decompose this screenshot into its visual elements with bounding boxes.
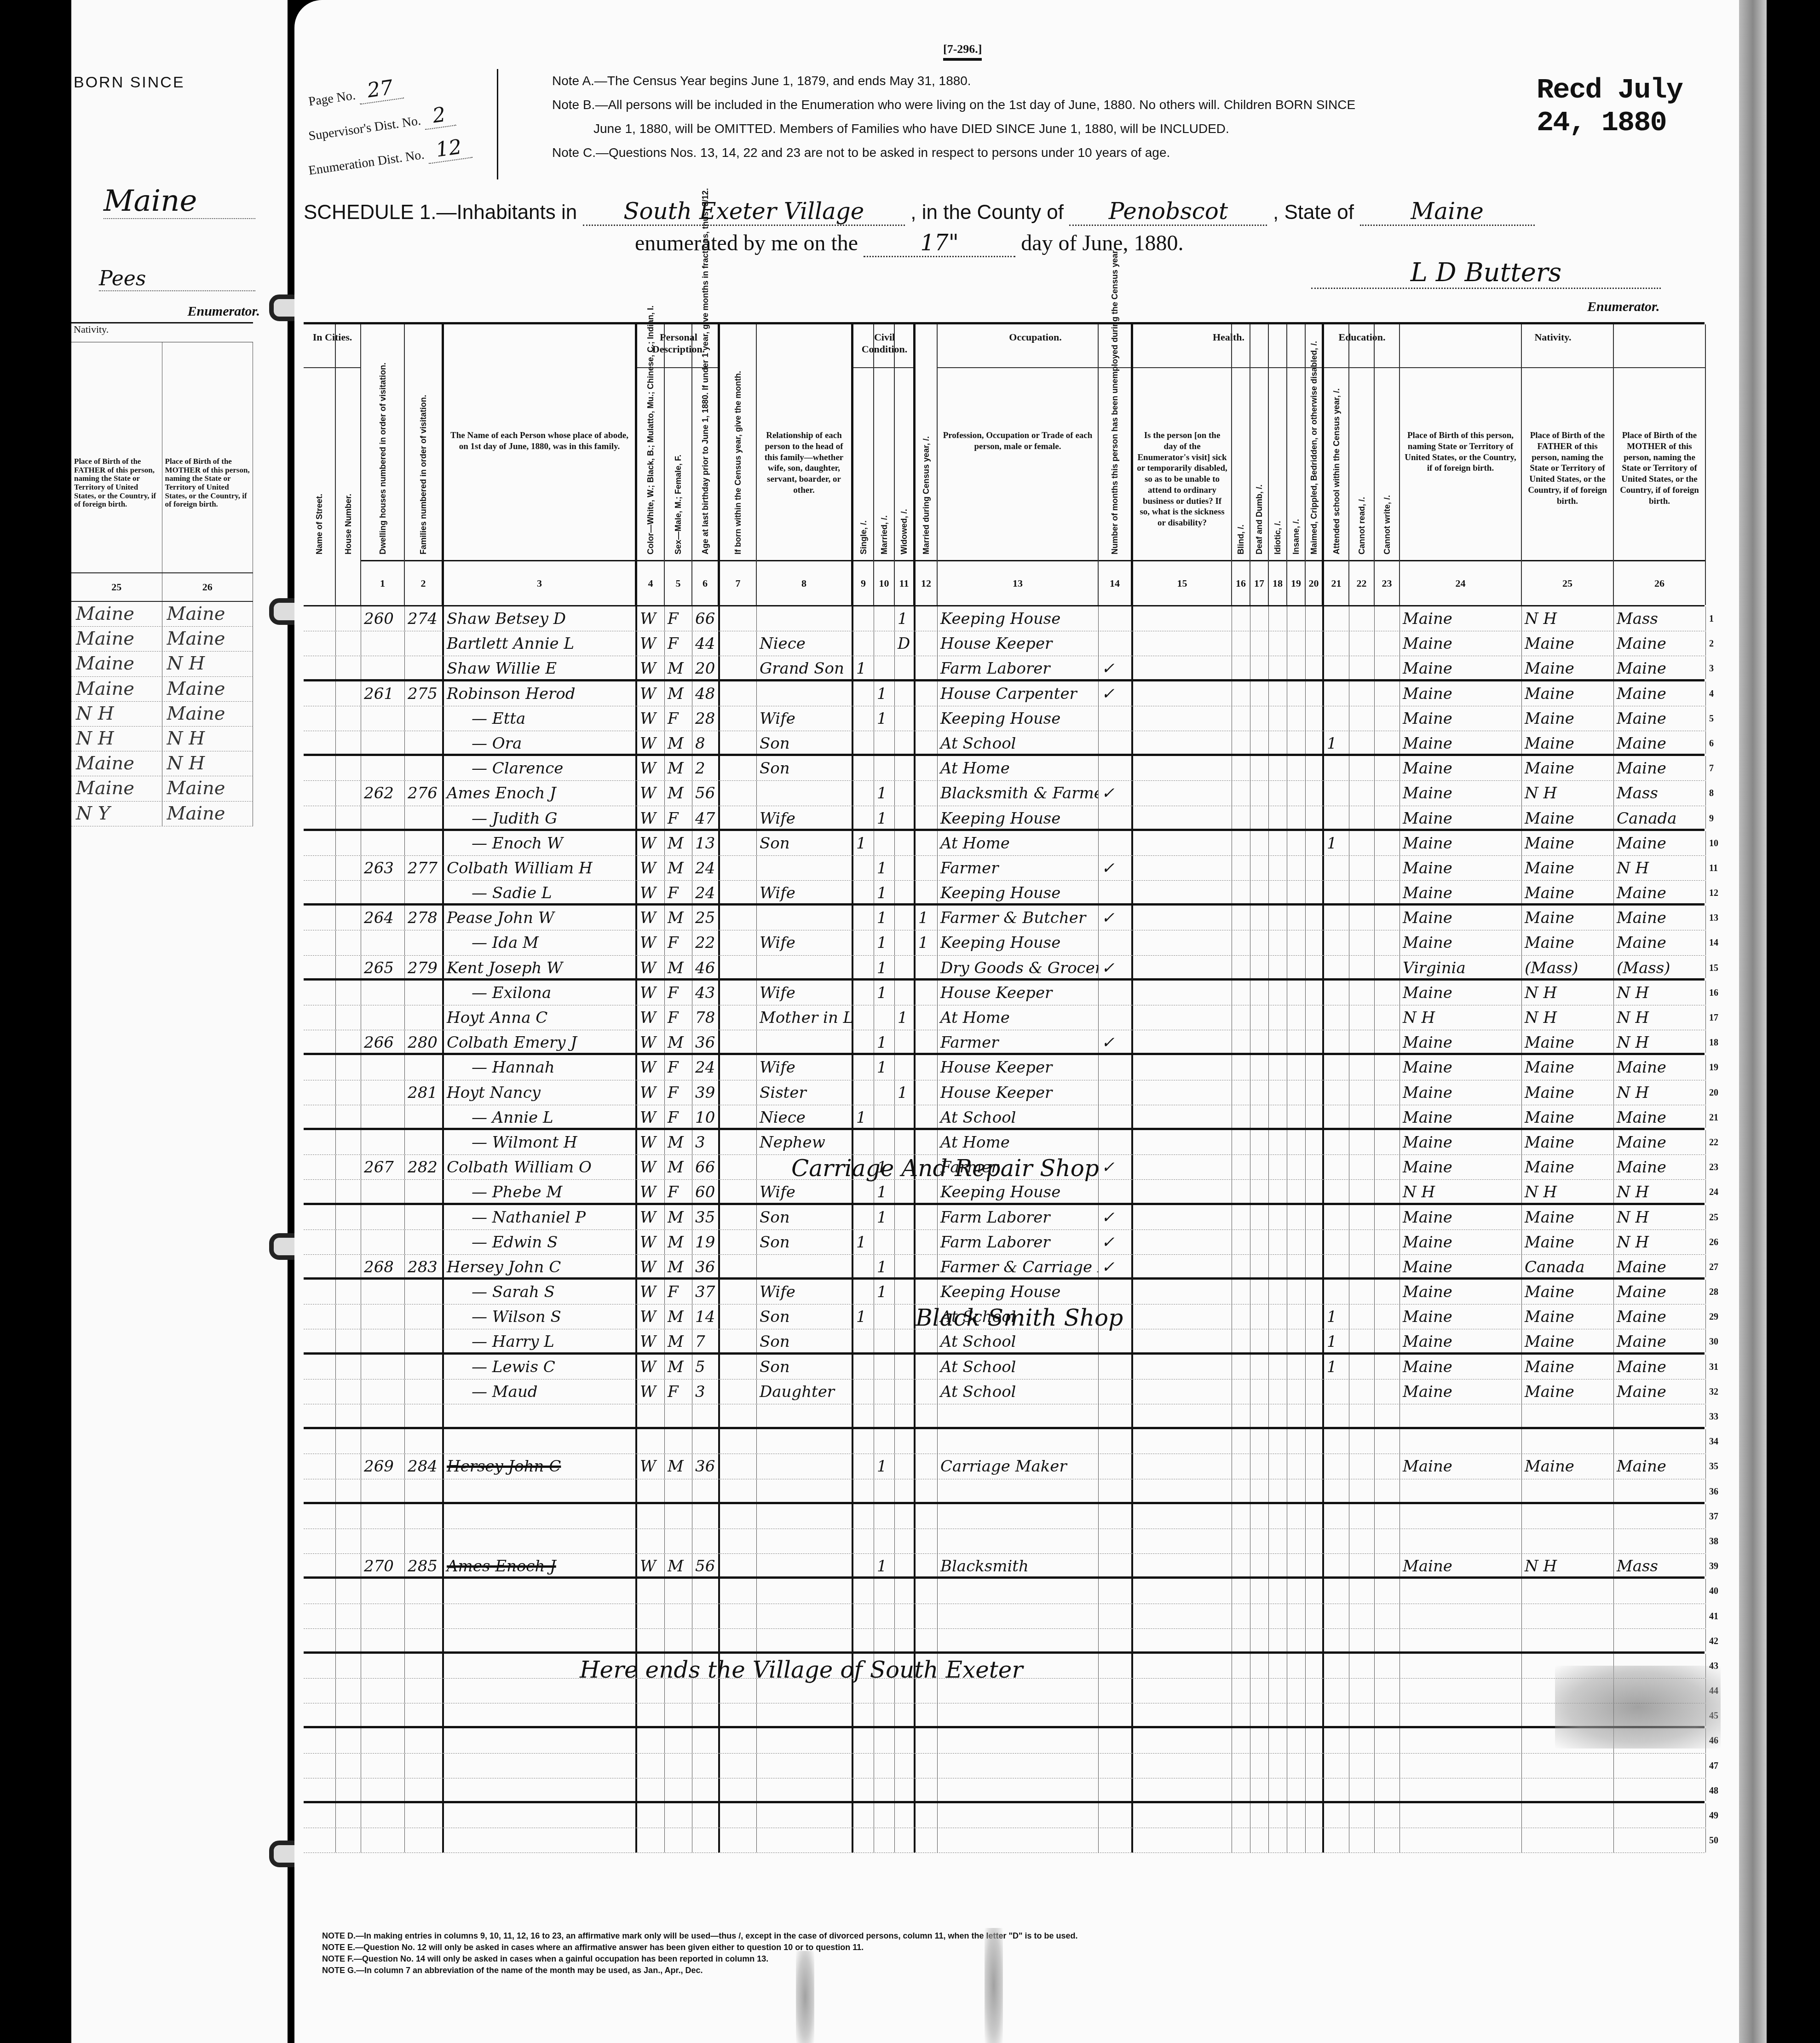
cell-occ: Farmer xyxy=(938,856,1099,880)
note-f: NOTE F.—Question No. 14 will only be ask… xyxy=(322,1953,1078,1965)
table-row: 49 xyxy=(304,1803,1705,1828)
cell-name xyxy=(444,1579,637,1603)
left-cell: N H xyxy=(162,751,253,776)
cell-school xyxy=(1324,1155,1349,1179)
cell-read xyxy=(1349,1579,1375,1603)
cell-unemp: ✓ xyxy=(1099,856,1133,880)
cell-idiotic xyxy=(1269,906,1287,930)
cell-unemp xyxy=(1099,631,1133,656)
table-row: — Sadie LWF24Wife1Keeping HouseMaineMain… xyxy=(304,881,1705,906)
cell-rel: Son xyxy=(757,1205,853,1229)
cell-school xyxy=(1324,1604,1349,1628)
cell-write xyxy=(1375,1754,1400,1778)
cell-write xyxy=(1375,1230,1400,1254)
cell-mpob: N H xyxy=(1614,1230,1706,1254)
cell-dw xyxy=(361,1828,405,1853)
cell-idiotic xyxy=(1269,1754,1287,1778)
cell-name: — Nathaniel P xyxy=(444,1205,637,1229)
cell-sex xyxy=(665,1429,692,1454)
cell-pob xyxy=(1400,1754,1522,1778)
cell-maimed xyxy=(1306,1728,1324,1753)
cell-read xyxy=(1349,1703,1375,1726)
table-row: — Phebe MWF60Wife1Keeping HouseN HN HN H… xyxy=(304,1180,1705,1205)
cell-street xyxy=(304,1429,336,1454)
cell-rel xyxy=(757,1803,853,1828)
cell-rel xyxy=(757,1629,853,1651)
cell-fpob: Maine xyxy=(1522,681,1614,706)
cell-blind xyxy=(1232,756,1250,780)
cell-widowed xyxy=(895,1754,916,1778)
cell-read xyxy=(1349,656,1375,679)
cell-fpob: Maine xyxy=(1522,1105,1614,1128)
cell-single xyxy=(853,1280,874,1304)
cell-maimed xyxy=(1306,1280,1324,1304)
cell-fam xyxy=(405,1180,444,1202)
cell-rel xyxy=(757,606,853,631)
cell-deaf xyxy=(1250,1429,1269,1454)
cell-school xyxy=(1324,1230,1349,1254)
cell-street xyxy=(304,706,336,731)
cell-deaf xyxy=(1250,1679,1269,1703)
cell-sex: F xyxy=(665,1180,692,1202)
cell-single xyxy=(853,631,874,656)
cell-blind xyxy=(1232,881,1250,903)
cell-write xyxy=(1375,1679,1400,1703)
cell-read xyxy=(1349,1429,1375,1454)
cell-born xyxy=(720,1504,757,1529)
cell-deaf xyxy=(1250,1703,1269,1726)
cell-deaf xyxy=(1250,1828,1269,1853)
cell-read xyxy=(1349,956,1375,978)
cell-pob: Maine xyxy=(1400,1230,1522,1254)
cell-born xyxy=(720,1754,757,1778)
cell-deaf xyxy=(1250,1404,1269,1427)
cell-fam xyxy=(405,1629,444,1651)
cell-married_year: 1 xyxy=(916,906,938,930)
cell-insane xyxy=(1287,1754,1306,1778)
cell-blind xyxy=(1232,1828,1250,1853)
blacksmith-shop-annotation: Black Smith Shop xyxy=(916,1304,1123,1331)
header-label: Color—White, W.; Black, B.; Mulatto, Mu.… xyxy=(646,306,656,554)
cell-maimed xyxy=(1306,1304,1324,1329)
cell-house xyxy=(336,1604,361,1628)
cell-house xyxy=(336,1803,361,1828)
header-col-school: Attended school within the Census year, … xyxy=(1324,324,1349,605)
cell-sick xyxy=(1133,656,1232,679)
cell-born xyxy=(720,1180,757,1202)
cell-widowed xyxy=(895,881,916,903)
cell-fpob: Maine xyxy=(1522,881,1614,903)
column-number: 23 xyxy=(1375,560,1399,605)
cell-blind xyxy=(1232,1329,1250,1352)
cell-house xyxy=(336,956,361,978)
cell-widowed xyxy=(895,1429,916,1454)
cell-fam xyxy=(405,1579,444,1603)
cell-married_year xyxy=(916,1754,938,1778)
cell-mpob: Maine xyxy=(1614,1130,1706,1154)
cell-color: W xyxy=(637,1180,665,1202)
cell-fam xyxy=(405,1005,444,1030)
cell-deaf xyxy=(1250,1579,1269,1603)
cell-pob: Maine xyxy=(1400,856,1522,880)
left-nativity-label: Nativity. xyxy=(71,323,253,342)
cell-insane xyxy=(1287,1055,1306,1079)
cell-sick xyxy=(1133,1754,1232,1778)
cell-house xyxy=(336,1304,361,1329)
cell-unemp xyxy=(1099,731,1133,754)
cell-pob: Maine xyxy=(1400,906,1522,930)
left-rows: MaineMaineMaineMaineMaineN HMaineMaineN … xyxy=(71,602,253,826)
header-col-fpob: Place of Birth of the FATHER of this per… xyxy=(1522,324,1614,605)
cell-house xyxy=(336,631,361,656)
cell-idiotic xyxy=(1269,1629,1287,1651)
cell-sex: F xyxy=(665,1005,692,1030)
cell-pob: Maine xyxy=(1400,1155,1522,1179)
cell-married: 1 xyxy=(874,930,895,955)
cell-occ: At Home xyxy=(938,1005,1099,1030)
cell-school: 1 xyxy=(1324,1304,1349,1329)
cell-occ xyxy=(938,1778,1099,1801)
cell-maimed xyxy=(1306,606,1324,631)
cell-idiotic xyxy=(1269,806,1287,829)
cell-unemp: ✓ xyxy=(1099,906,1133,930)
cell-color xyxy=(637,1529,665,1553)
cell-married xyxy=(874,1828,895,1853)
cell-single xyxy=(853,1355,874,1379)
cell-name: — Wilson S xyxy=(444,1304,637,1329)
cell-read xyxy=(1349,981,1375,1005)
cell-rel: Son xyxy=(757,731,853,754)
cell-name xyxy=(444,1529,637,1553)
cell-widowed: 1 xyxy=(895,1005,916,1030)
cell-married_year xyxy=(916,1355,938,1379)
cell-rel xyxy=(757,1554,853,1576)
cell-rel xyxy=(757,856,853,880)
cell-sick xyxy=(1133,930,1232,955)
cell-street xyxy=(304,1230,336,1254)
cell-idiotic xyxy=(1269,1579,1287,1603)
cell-single xyxy=(853,1803,874,1828)
cell-occ: Keeping House xyxy=(938,806,1099,829)
cell-occ xyxy=(938,1754,1099,1778)
cell-write xyxy=(1375,1130,1400,1154)
cell-blind xyxy=(1232,956,1250,978)
cell-school xyxy=(1324,781,1349,805)
cell-married_year xyxy=(916,1255,938,1277)
cell-house xyxy=(336,1778,361,1801)
cell-sex: F xyxy=(665,930,692,955)
cell-rel: Wife xyxy=(757,806,853,829)
cell-maimed xyxy=(1306,1629,1324,1651)
cell-idiotic xyxy=(1269,1803,1287,1828)
cell-write xyxy=(1375,1554,1400,1576)
table-row: — Nathaniel PWM35Son1Farm Laborer✓MaineM… xyxy=(304,1205,1705,1230)
cell-idiotic xyxy=(1269,1130,1287,1154)
cell-dw xyxy=(361,1604,405,1628)
cell-pob: Maine xyxy=(1400,1105,1522,1128)
page-no-value: 27 xyxy=(357,75,403,105)
cell-married_year xyxy=(916,1604,938,1628)
cell-dw xyxy=(361,1778,405,1801)
column-number: 19 xyxy=(1287,560,1305,605)
cell-married_year xyxy=(916,706,938,731)
cell-married_year xyxy=(916,1030,938,1053)
left-cell: N H xyxy=(71,727,162,751)
column-number: 8 xyxy=(757,560,851,605)
cell-rel xyxy=(757,1579,853,1603)
cell-fpob: Maine xyxy=(1522,1379,1614,1404)
cell-occ: House Carpenter xyxy=(938,681,1099,706)
cell-widowed: 1 xyxy=(895,606,916,631)
table-row: 270285Ames Enoch JWM561BlacksmithMaineN … xyxy=(304,1554,1705,1579)
cell-sick xyxy=(1133,1679,1232,1703)
cell-fpob: Maine xyxy=(1522,806,1614,829)
cell-write xyxy=(1375,1778,1400,1801)
cell-born xyxy=(720,1030,757,1053)
cell-occ: Carriage Maker xyxy=(938,1454,1099,1478)
header-label: Married during Census year, /. xyxy=(922,436,931,554)
row-number: 16 xyxy=(1709,981,1718,1005)
cell-widowed xyxy=(895,856,916,880)
cell-blind xyxy=(1232,1155,1250,1179)
cell-insane xyxy=(1287,831,1306,855)
cell-sex: F xyxy=(665,1105,692,1128)
cell-maimed xyxy=(1306,781,1324,805)
cell-idiotic xyxy=(1269,1778,1287,1801)
cell-rel: Wife xyxy=(757,881,853,903)
cell-maimed xyxy=(1306,1180,1324,1202)
cell-deaf xyxy=(1250,1454,1269,1478)
cell-read xyxy=(1349,606,1375,631)
cell-deaf xyxy=(1250,1255,1269,1277)
header-col-street: Name of Street. xyxy=(304,324,336,605)
cell-age: 46 xyxy=(692,956,720,978)
row-number: 33 xyxy=(1709,1404,1718,1429)
cell-blind xyxy=(1232,1754,1250,1778)
cell-single xyxy=(853,1379,874,1404)
cell-sex: M xyxy=(665,681,692,706)
cell-sick xyxy=(1133,1529,1232,1553)
left-cell: Maine xyxy=(162,702,253,726)
cell-fpob: Maine xyxy=(1522,1030,1614,1053)
table-row: Bartlett Annie LWF44NieceDHouse KeeperMa… xyxy=(304,631,1705,656)
cell-idiotic xyxy=(1269,1454,1287,1478)
cell-maimed xyxy=(1306,706,1324,731)
cell-widowed: 1 xyxy=(895,1080,916,1105)
cell-school xyxy=(1324,1754,1349,1778)
cell-sex xyxy=(665,1828,692,1853)
cell-pob: Maine xyxy=(1400,1130,1522,1154)
end-of-village-annotation: Here ends the Village of South Exeter xyxy=(580,1656,1023,1683)
cell-name xyxy=(444,1629,637,1651)
cell-maimed xyxy=(1306,1703,1324,1726)
column-number: 24 xyxy=(1400,560,1521,605)
row-number: 40 xyxy=(1709,1579,1718,1604)
cell-house xyxy=(336,1554,361,1576)
cell-deaf xyxy=(1250,981,1269,1005)
left-cell: Maine xyxy=(162,802,253,826)
cell-deaf xyxy=(1250,1205,1269,1229)
cell-name: Colbath William O xyxy=(444,1155,637,1179)
cell-idiotic xyxy=(1269,1828,1287,1853)
cell-widowed xyxy=(895,1454,916,1478)
cell-married: 1 xyxy=(874,1180,895,1202)
cell-born xyxy=(720,1230,757,1254)
cell-sick xyxy=(1133,1304,1232,1329)
cell-street xyxy=(304,631,336,656)
table-row: 260274Shaw Betsey DWF661Keeping HouseMai… xyxy=(304,606,1705,631)
cell-idiotic xyxy=(1269,1030,1287,1053)
left-enumerator-value: Pees xyxy=(99,267,255,291)
cell-maimed xyxy=(1306,1155,1324,1179)
cell-write xyxy=(1375,1604,1400,1628)
cell-dw xyxy=(361,1055,405,1079)
cell-age: 37 xyxy=(692,1280,720,1304)
cell-name: — Exilona xyxy=(444,981,637,1005)
cell-fpob xyxy=(1522,1828,1614,1853)
cell-name: Colbath William H xyxy=(444,856,637,880)
cell-mpob: Maine xyxy=(1614,1329,1706,1352)
cell-age xyxy=(692,1703,720,1726)
cell-read xyxy=(1349,781,1375,805)
cell-blind xyxy=(1232,1404,1250,1427)
cell-fpob xyxy=(1522,1629,1614,1651)
cell-married: 1 xyxy=(874,1055,895,1079)
cell-unemp xyxy=(1099,706,1133,731)
cell-sex: F xyxy=(665,981,692,1005)
cell-pob: Maine xyxy=(1400,1055,1522,1079)
cell-street xyxy=(304,606,336,631)
cell-pob: Maine xyxy=(1400,881,1522,903)
cell-sick xyxy=(1133,1130,1232,1154)
cell-deaf xyxy=(1250,1030,1269,1053)
cell-sick xyxy=(1133,1080,1232,1105)
cell-mpob xyxy=(1614,1629,1706,1651)
cell-street xyxy=(304,1180,336,1202)
cell-born xyxy=(720,731,757,754)
cell-sex: F xyxy=(665,706,692,731)
cell-color: W xyxy=(637,1280,665,1304)
cell-street xyxy=(304,1803,336,1828)
cell-fpob xyxy=(1522,1479,1614,1502)
cell-insane xyxy=(1287,1155,1306,1179)
cell-deaf xyxy=(1250,1130,1269,1154)
cell-mpob: Maine xyxy=(1614,1280,1706,1304)
cell-occ: House Keeper xyxy=(938,1080,1099,1105)
cell-blind xyxy=(1232,1554,1250,1576)
cell-school xyxy=(1324,706,1349,731)
column-number: 5 xyxy=(665,560,691,605)
cell-rel xyxy=(757,1504,853,1529)
cell-school: 1 xyxy=(1324,1329,1349,1352)
cell-insane xyxy=(1287,1355,1306,1379)
cell-unemp xyxy=(1099,1679,1133,1703)
column-number: 14 xyxy=(1099,560,1131,605)
header-label: Families numbered in order of visitation… xyxy=(419,395,428,554)
table-row: Shaw Willie EWM20Grand Son1Farm Laborer✓… xyxy=(304,656,1705,681)
cell-name: Ames Enoch J xyxy=(444,781,637,805)
cell-sick xyxy=(1133,1803,1232,1828)
cell-school xyxy=(1324,1005,1349,1030)
cell-occ: At Home xyxy=(938,831,1099,855)
cell-school xyxy=(1324,1205,1349,1229)
cell-single: 1 xyxy=(853,1105,874,1128)
cell-mpob xyxy=(1614,1778,1706,1801)
cell-married_year xyxy=(916,1205,938,1229)
left-cell: Maine xyxy=(162,602,253,626)
cell-name: — Lewis C xyxy=(444,1355,637,1379)
cell-idiotic xyxy=(1269,731,1287,754)
cell-sick xyxy=(1133,1205,1232,1229)
row-number: 42 xyxy=(1709,1629,1718,1654)
cell-pob: Maine xyxy=(1400,756,1522,780)
cell-read xyxy=(1349,1030,1375,1053)
cell-blind xyxy=(1232,731,1250,754)
cell-sick xyxy=(1133,906,1232,930)
cell-sick xyxy=(1133,1255,1232,1277)
cell-married xyxy=(874,1504,895,1529)
cell-occ xyxy=(938,1629,1099,1651)
cell-school xyxy=(1324,1479,1349,1502)
cell-fam xyxy=(405,930,444,955)
cell-age xyxy=(692,1828,720,1853)
cell-read xyxy=(1349,1654,1375,1678)
cell-read xyxy=(1349,1329,1375,1352)
cell-idiotic xyxy=(1269,656,1287,679)
cell-idiotic xyxy=(1269,631,1287,656)
cell-street xyxy=(304,1479,336,1502)
row-number: 25 xyxy=(1709,1205,1718,1230)
cell-read xyxy=(1349,1155,1375,1179)
left-table-row: N HMaine xyxy=(71,702,253,727)
row-number: 29 xyxy=(1709,1304,1718,1329)
cell-married: 1 xyxy=(874,1030,895,1053)
cell-sick xyxy=(1133,806,1232,829)
cell-pob xyxy=(1400,1703,1522,1726)
table-row: 266280Colbath Emery JWM361Farmer✓MaineMa… xyxy=(304,1030,1705,1055)
cell-insane xyxy=(1287,1654,1306,1678)
cell-sex xyxy=(665,1529,692,1553)
cell-sick xyxy=(1133,1230,1232,1254)
cell-occ: At School xyxy=(938,731,1099,754)
cell-rel xyxy=(757,1529,853,1553)
cell-write xyxy=(1375,681,1400,706)
cell-dw xyxy=(361,731,405,754)
cell-blind xyxy=(1232,1379,1250,1404)
cell-rel xyxy=(757,1030,853,1053)
form-notes: Note A.—The Census Year begins June 1, 1… xyxy=(552,69,1355,165)
cell-fam: 275 xyxy=(405,681,444,706)
cell-maimed xyxy=(1306,1055,1324,1079)
cell-deaf xyxy=(1250,1629,1269,1651)
cell-maimed xyxy=(1306,1654,1324,1678)
cell-sick xyxy=(1133,1479,1232,1502)
cell-unemp xyxy=(1099,756,1133,780)
cell-house xyxy=(336,1055,361,1079)
cell-married_year xyxy=(916,856,938,880)
cell-pob xyxy=(1400,1429,1522,1454)
cell-blind xyxy=(1232,981,1250,1005)
cell-married_year xyxy=(916,631,938,656)
cell-sex: M xyxy=(665,856,692,880)
cell-fam xyxy=(405,1230,444,1254)
cell-sex xyxy=(665,1579,692,1603)
table-row: — HannahWF24Wife1House KeeperMaineMaineM… xyxy=(304,1055,1705,1080)
header-col-write: Cannot write, /.23 xyxy=(1375,324,1400,605)
cell-color: W xyxy=(637,806,665,829)
cell-color xyxy=(637,1504,665,1529)
left-cell: N H xyxy=(162,652,253,676)
